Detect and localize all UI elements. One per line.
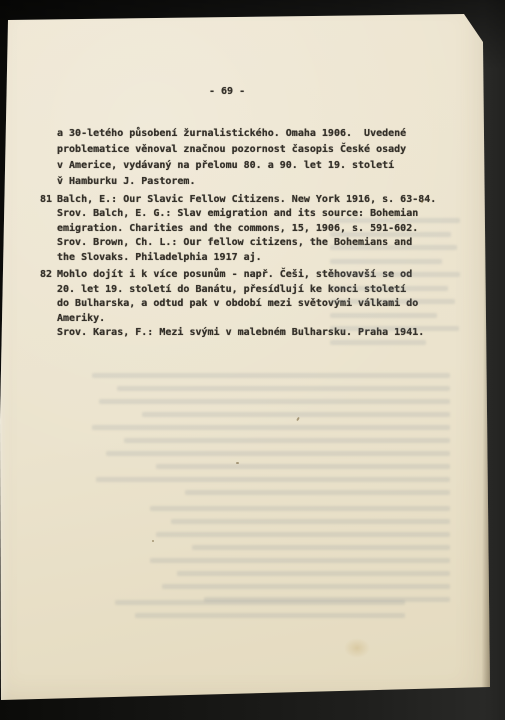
text-line: Ameriky.	[57, 312, 460, 327]
paper-speck	[152, 540, 154, 542]
text-line: 20. let 19. století do Banátu, přesídluj…	[57, 283, 460, 298]
text-line: v̌ Hamburku J. Pastorem.	[57, 174, 460, 190]
paragraph-continuation: a 30-letého působení žurnalistického. Om…	[40, 126, 460, 190]
text-line: problematice věnoval značnou pozornost č…	[57, 142, 460, 158]
paper-speck	[236, 462, 239, 464]
text-line: do Bulharska, a odtud pak v období mezi …	[57, 297, 460, 312]
bleed-line	[135, 613, 405, 618]
page-number: - 69 -	[209, 86, 245, 98]
bleed-line	[177, 571, 450, 576]
bleed-line	[99, 399, 450, 404]
paper-speck	[296, 417, 300, 421]
bleed-line	[150, 558, 450, 563]
text-line: Mohlo dojít i k více posunům - např. Češ…	[57, 268, 460, 283]
bleed-line	[204, 597, 450, 602]
bleed-line	[115, 600, 405, 605]
body-text: a 30-letého působení žurnalistického. Om…	[40, 126, 460, 341]
text-line: v Americe, vydávaný na přelomu 80. a 90.…	[57, 158, 460, 174]
bleed-line	[150, 506, 450, 511]
bleed-line	[162, 584, 450, 589]
page: - 69 - a 30-letého působení žurnalistick…	[0, 0, 505, 720]
bleed-line	[142, 412, 450, 417]
bleed-line	[92, 373, 450, 378]
text-line: Srov. Brown, Ch. L.: Our fellow citizens…	[57, 236, 460, 251]
text-line: the Slovaks. Philadelphia 1917 aj.	[57, 251, 460, 266]
text-line: a 30-letého působení žurnalistického. Om…	[57, 126, 460, 142]
footnote-number: 81	[40, 193, 52, 208]
bleed-line	[124, 438, 450, 443]
text-line: Srov. Karas, F.: Mezi svými v malebném B…	[57, 326, 460, 341]
scanned-book-page-photo: - 69 - a 30-letého působení žurnalistick…	[0, 0, 505, 720]
footnote-82: 82 Mohlo dojít i k více posunům - např. …	[57, 268, 460, 341]
page-edge-highlight	[0, 694, 500, 713]
bleed-line	[156, 532, 450, 537]
paper-stain	[344, 638, 370, 658]
bleed-line	[96, 477, 450, 482]
footnote-81: 81 Balch, E.: Our Slavic Fellow Citizens…	[57, 193, 460, 266]
bleed-line	[192, 545, 450, 550]
bleed-line	[185, 490, 450, 495]
text-line: Srov. Balch, E. G.: Slav emigration and …	[57, 207, 460, 222]
footnote-number: 82	[40, 268, 52, 283]
bleed-line	[156, 464, 450, 469]
text-line: emigration. Charities and the commons, 1…	[57, 222, 460, 237]
text-line: Balch, E.: Our Slavic Fellow Citizens. N…	[57, 193, 460, 208]
bleed-line	[106, 451, 450, 456]
page-edge-shadow	[481, 36, 493, 691]
bleed-line	[92, 425, 450, 430]
bleed-line	[171, 519, 450, 524]
bleed-line	[117, 386, 450, 391]
